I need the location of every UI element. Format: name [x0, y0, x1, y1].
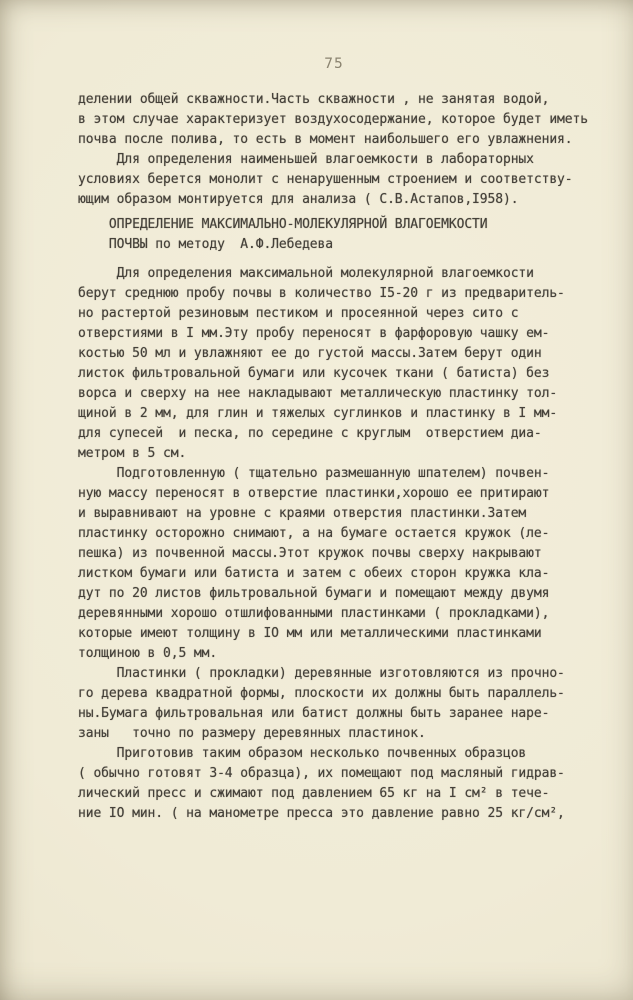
paragraph: Приготовив таким образом несколько почве…: [78, 744, 598, 824]
text-line: лический пресс и сжимают под давлением 6…: [78, 784, 598, 804]
text-line: Приготовив таким образом несколько почве…: [78, 744, 598, 764]
text-line: дут по 20 листов фильтровальной бумаги и…: [78, 584, 598, 604]
text-line: ОПРЕДЕЛЕНИЕ МАКСИМАЛЬНО-МОЛЕКУЛЯРНОЙ ВЛА…: [78, 215, 598, 235]
text-line: Пластинки ( прокладки) деревянные изгото…: [78, 664, 598, 684]
text-line: пешка) из почвенной массы.Этот кружок по…: [78, 544, 598, 564]
text-line: листок фильтровальной бумаги или кусочек…: [78, 364, 598, 384]
text-line: ющим образом монтируется для анализа ( С…: [78, 190, 598, 210]
paragraph: Пластинки ( прокладки) деревянные изгото…: [78, 664, 598, 744]
section-heading: ОПРЕДЕЛЕНИЕ МАКСИМАЛЬНО-МОЛЕКУЛЯРНОЙ ВЛА…: [78, 215, 598, 255]
page-number: 75: [78, 56, 590, 72]
text-line: которые имеют толщину в IO мм или металл…: [78, 624, 598, 644]
text-line: ворса и сверху на нее накладывают металл…: [78, 384, 598, 404]
scanned-page: 75 делении общей скважности.Часть скважн…: [0, 0, 633, 1000]
text-line: ную массу переносят в отверстие пластинк…: [78, 484, 598, 504]
text-line: почва после полива, то есть в момент наи…: [78, 130, 598, 150]
text-line: Для определения наименьшей влагоемкости …: [78, 150, 598, 170]
text-line: го дерева квадратной формы, плоскости их…: [78, 684, 598, 704]
text-line: щиной в 2 мм, для глин и тяжелых суглинк…: [78, 404, 598, 424]
text-line: но растертой резиновым пестиком и просея…: [78, 304, 598, 324]
text-line: деревянными хорошо отшлифованными пласти…: [78, 604, 598, 624]
text-line: в этом случае характеризует воздухосодер…: [78, 110, 598, 130]
text-line: заны точно по размеру деревянных пластин…: [78, 724, 598, 744]
text-line: ПОЧВЫ по методу А.Ф.Лебедева: [78, 235, 598, 255]
text-line: метром в 5 см.: [78, 444, 598, 464]
text-line: Подготовленную ( тщательно размешанную ш…: [78, 464, 598, 484]
text-line: костью 50 мл и увлажняют ее до густой ма…: [78, 344, 598, 364]
text-line: толщиною в 0,5 мм.: [78, 644, 598, 664]
text-line: ( обычно готовят 3-4 образца), их помеща…: [78, 764, 598, 784]
text-line: и выравнивают на уровне с краями отверст…: [78, 504, 598, 524]
text-line: условиях берется монолит с ненарушенным …: [78, 170, 598, 190]
text-line: отверстиями в I мм.Эту пробу переносят в…: [78, 324, 598, 344]
text-line: листком бумаги или батиста и затем с обе…: [78, 564, 598, 584]
text-line: пластинку осторожно снимают, а на бумаге…: [78, 524, 598, 544]
paragraph: делении общей скважности.Часть скважност…: [78, 90, 598, 210]
paragraph: Подготовленную ( тщательно размешанную ш…: [78, 464, 598, 664]
text-line: ние IO мин. ( на манометре пресса это да…: [78, 804, 598, 824]
text-line: ны.Бумага фильтровальная или батист долж…: [78, 704, 598, 724]
text-block: делении общей скважности.Часть скважност…: [78, 90, 598, 824]
text-line: делении общей скважности.Часть скважност…: [78, 90, 598, 110]
text-line: берут среднюю пробу почвы в количество I…: [78, 284, 598, 304]
paragraph: Для определения максимальной молекулярно…: [78, 264, 598, 464]
text-line: Для определения максимальной молекулярно…: [78, 264, 598, 284]
text-line: для супесей и песка, по середине с кругл…: [78, 424, 598, 444]
